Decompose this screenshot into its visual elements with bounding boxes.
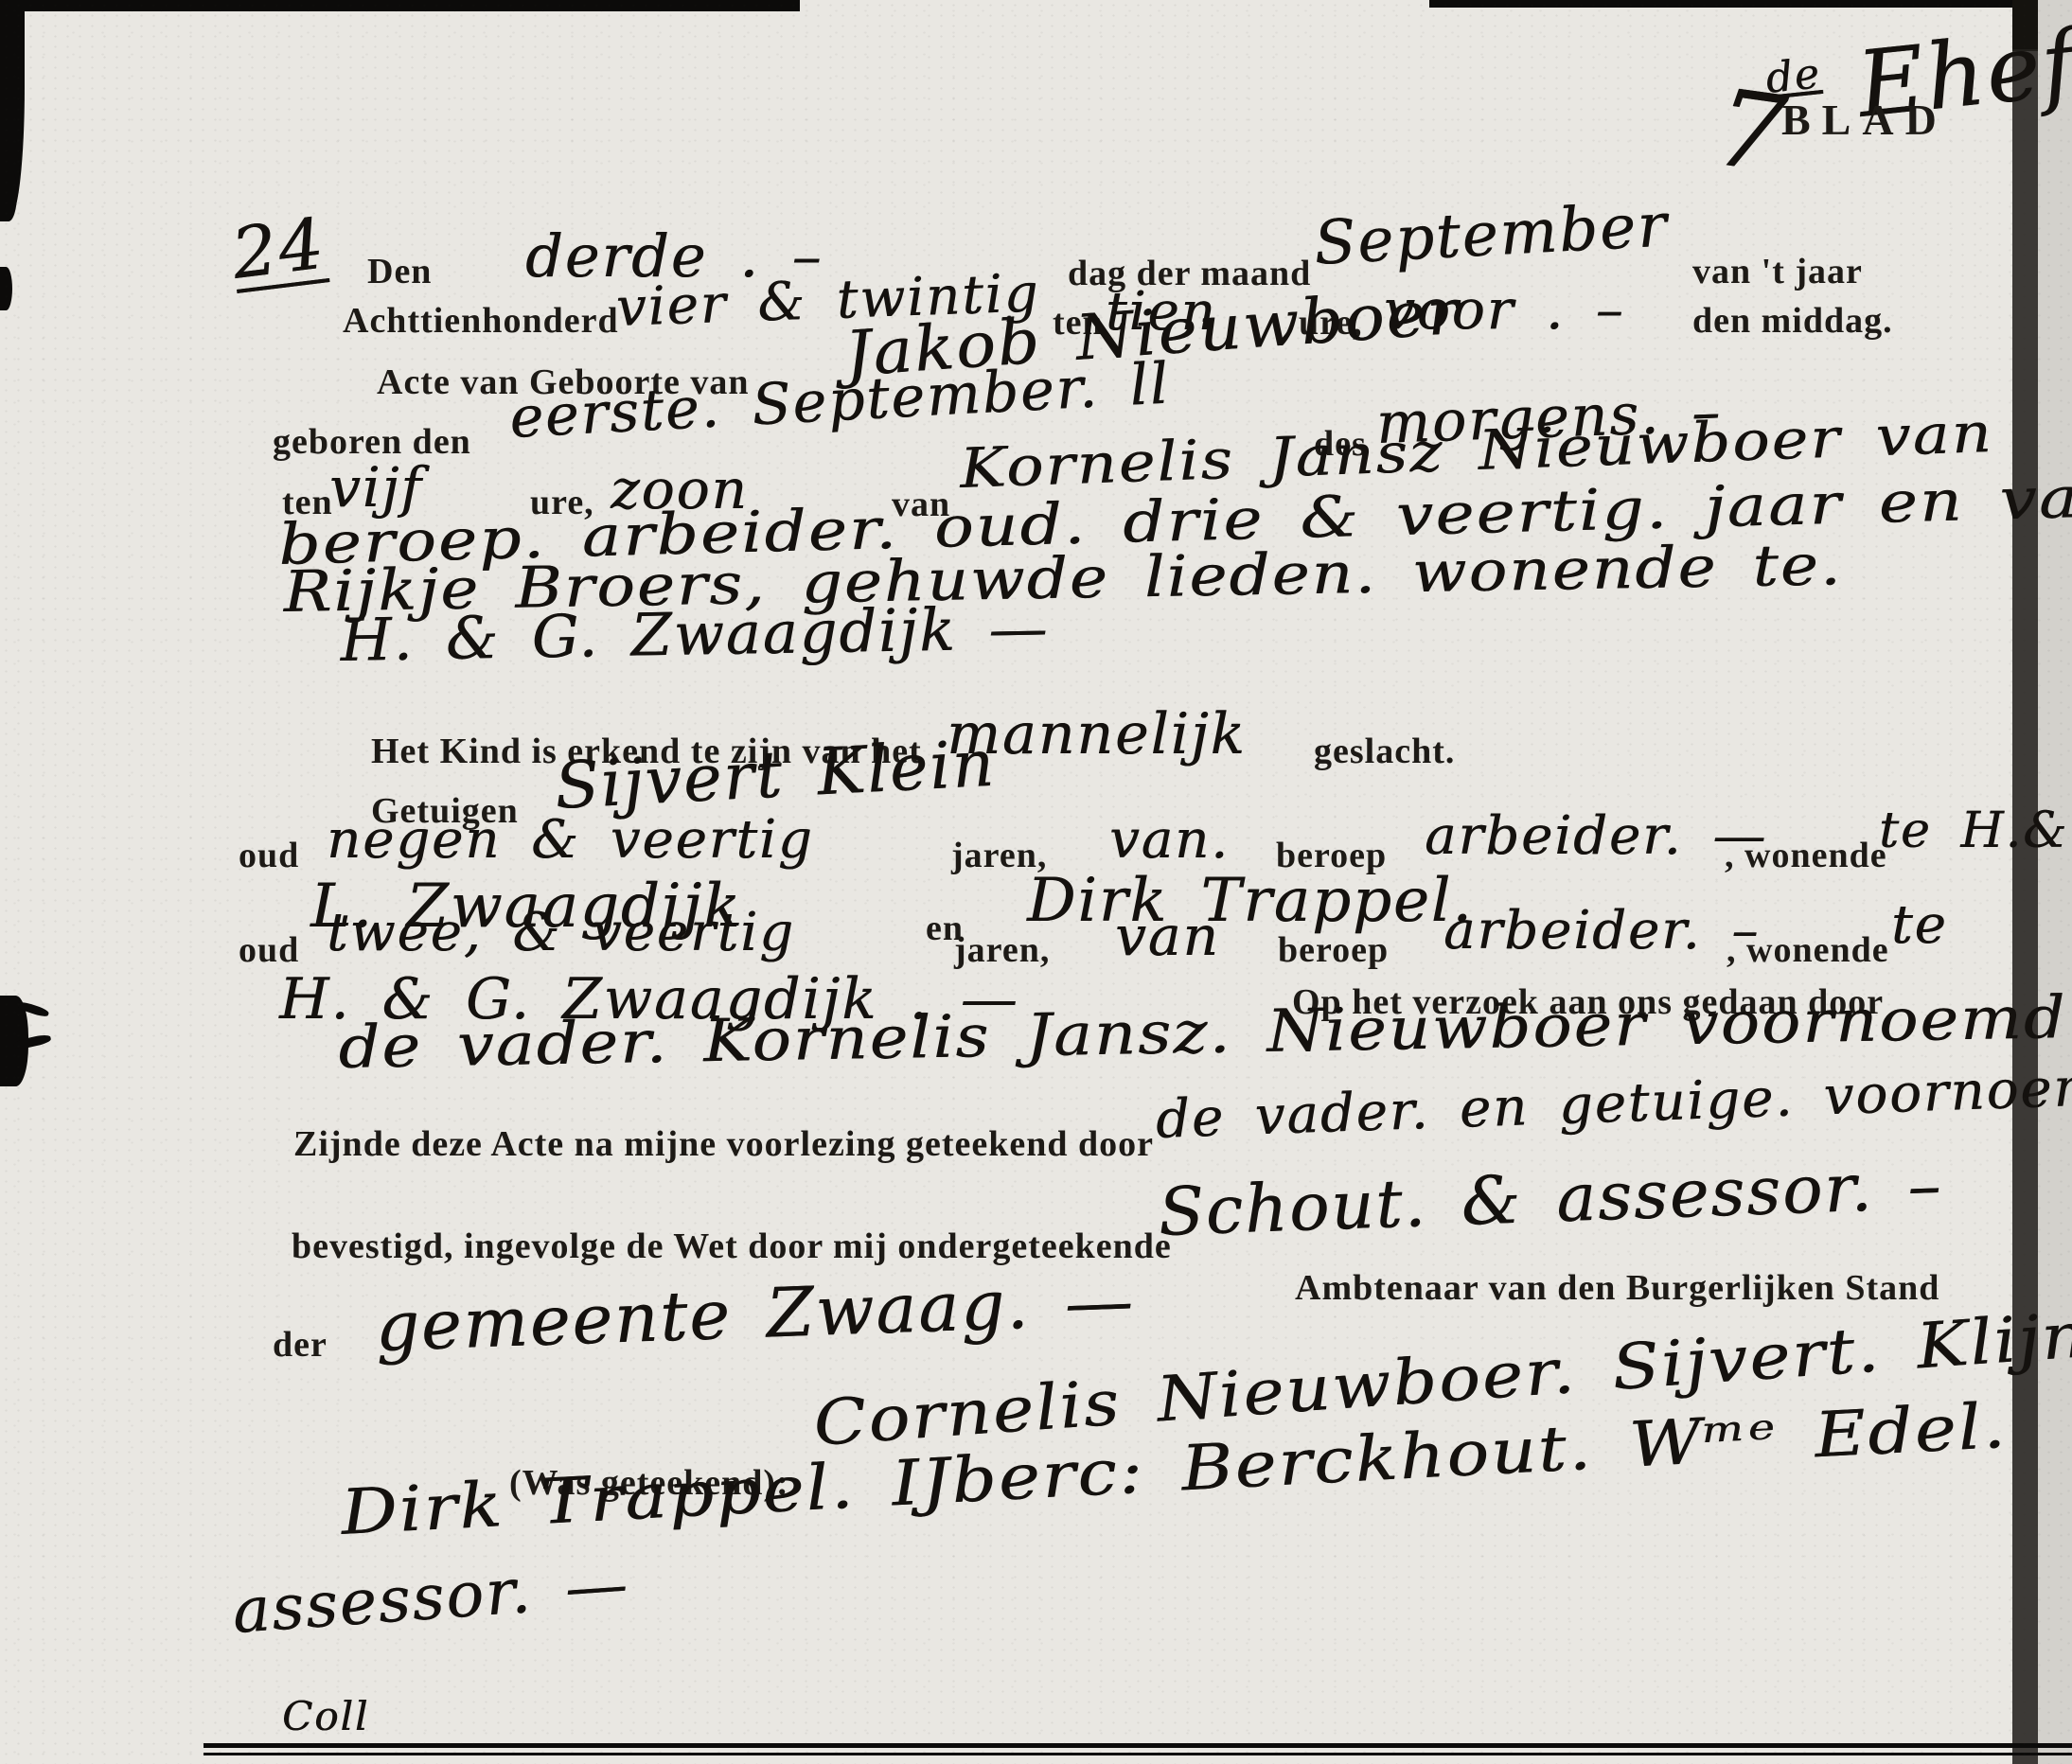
handwritten-witness1-name: Sijvert Klein (553, 732, 997, 820)
printed-oud-2: oud (239, 932, 299, 968)
scan-mark-left-2 (0, 267, 12, 310)
handwritten-month: September (1313, 195, 1670, 274)
handwritten-van-2: van (1115, 908, 1220, 963)
printed-den-middag: den middag. (1692, 303, 1893, 339)
printed-geslacht: geslacht. (1314, 733, 1455, 769)
handwritten-witness2-residence-a: te (1891, 899, 1948, 952)
bottom-rule-thick (204, 1743, 2072, 1748)
printed-jaren-2: jaren, (954, 932, 1050, 968)
handwritten-signed-by: de vader. en getuige. voornoemd. (1155, 1059, 2072, 1147)
printed-zijnde-deze-acte: Zijnde deze Acte na mijne voorlezing get… (293, 1126, 1154, 1162)
printed-wonende-1: , wonende (1725, 838, 1887, 873)
handwritten-collation-mark: Coll (282, 1697, 369, 1737)
blad-number-suffix: de (1763, 53, 1822, 100)
printed-der: der (273, 1327, 328, 1363)
handwritten-signatures-3: assessor. — (230, 1553, 630, 1643)
scan-strip-right-outer (2038, 0, 2072, 1764)
printed-bevestigd: bevestigd, ingevolge de Wet door mij ond… (292, 1228, 1172, 1264)
printed-oud-1: oud (239, 838, 299, 873)
record-number: 24 (228, 209, 328, 290)
scan-mark-left-1 (0, 167, 17, 221)
printed-beroep-2: beroep (1278, 932, 1389, 968)
printed-wonende-2: , wonende (1727, 932, 1889, 968)
scanned-birth-act-page: Ehef. 7 de BLAD 24 Den derde . – dag der… (0, 0, 2072, 1764)
handwritten-witness1-age: negen & veertig (327, 814, 814, 867)
handwritten-gemeente: gemeente Zwaag. — (374, 1266, 1135, 1361)
handwritten-witness1-residence-a: te H.& (1879, 806, 2068, 856)
scan-strip-right (2012, 49, 2038, 1764)
handwritten-witness2-occupation: arbeider. – (1443, 905, 1760, 958)
printed-achttienhonderd: Achttienhonderd (343, 303, 619, 339)
handwritten-witness1-occupation: arbeider. — (1425, 810, 1767, 863)
handwritten-birth-hour: vijf (329, 460, 423, 515)
handwritten-official-title: Schout. & assessor. – (1158, 1152, 1944, 1245)
scan-edge-top-left (0, 0, 800, 11)
blad-label: BLAD (1781, 98, 1948, 142)
handwritten-witness2-name: Dirk Trappel. (1027, 871, 1474, 931)
handwritten-residence: H. & G. Zwaagdijk — (340, 599, 1050, 670)
handwritten-witness2-age: twee, & veertig (327, 907, 795, 960)
scan-edge-top-right (1429, 0, 2072, 8)
printed-van-t-jaar: van 't jaar (1692, 254, 1863, 290)
handwritten-van-1: van. (1109, 814, 1230, 867)
bottom-rule-thin (204, 1753, 2072, 1755)
printed-ambtenaar: Ambtenaar van den Burgerlijken Stand (1295, 1270, 1939, 1306)
printed-den: Den (367, 254, 432, 290)
